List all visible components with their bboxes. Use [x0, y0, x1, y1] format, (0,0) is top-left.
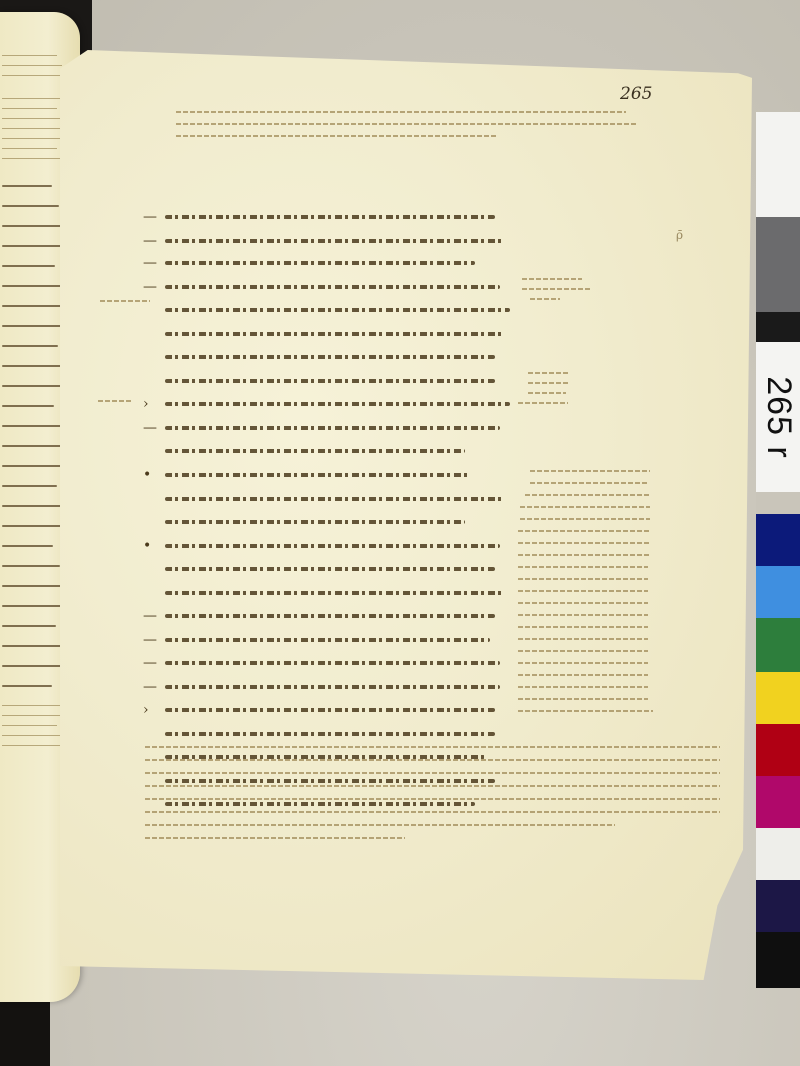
scholia-line-margin-notes — [518, 402, 568, 404]
facing-page-note-line — [2, 745, 67, 746]
color-swatch-gap — [756, 492, 800, 514]
ink-stroke — [165, 332, 505, 336]
facing-page-text-line — [2, 485, 57, 487]
facing-page-note-line — [2, 158, 62, 159]
line-marker: • — [143, 539, 151, 553]
ink-stroke — [165, 614, 495, 618]
scholia-line-right-column — [518, 602, 648, 604]
facing-page-text-line — [2, 665, 70, 667]
manuscript-text-line — [165, 468, 470, 486]
facing-page-note-line — [2, 118, 62, 119]
folio-label-card: 265 r — [756, 342, 800, 492]
scholia-line-margin-notes — [528, 382, 568, 384]
scholia-line-margin-notes — [522, 278, 582, 280]
manuscript-text-line — [165, 539, 500, 557]
scholia-line-bottom — [145, 837, 405, 839]
color-checker-strip: 265 r — [756, 112, 800, 992]
color-swatch-white-2 — [756, 828, 800, 880]
scholia-line-right-column — [520, 506, 650, 508]
scholia-line-margin-notes — [522, 288, 590, 290]
manuscript-text-line — [165, 492, 505, 510]
facing-page-text-line — [2, 305, 69, 307]
scholia-line-right-column — [525, 494, 650, 496]
facing-page-text-line — [2, 505, 64, 507]
color-swatch-blue — [756, 514, 800, 566]
line-marker: — — [143, 656, 157, 670]
line-marker: — — [143, 680, 157, 694]
color-swatch-navy — [756, 880, 800, 932]
ink-stroke — [165, 473, 470, 477]
color-swatch-yellow — [756, 672, 800, 724]
scholia-line-right-column — [518, 674, 648, 676]
facing-page-text-line — [2, 545, 53, 547]
ink-stroke — [165, 261, 475, 265]
facing-page-note-line — [2, 65, 62, 66]
color-swatch-red — [756, 724, 800, 776]
facing-page-text-line — [2, 445, 68, 447]
facing-page-note-line — [2, 55, 57, 56]
ink-stroke — [165, 355, 495, 359]
manuscript-text-line — [165, 515, 465, 533]
facing-page-text-line — [2, 185, 52, 187]
manuscript-text-line — [165, 727, 495, 745]
ink-stroke — [165, 239, 505, 243]
line-marker: › — [143, 397, 149, 411]
facing-page-text-line — [2, 205, 59, 207]
line-marker: — — [143, 256, 157, 270]
ink-stroke — [165, 449, 465, 453]
manuscript-text-line — [165, 680, 500, 698]
scholia-line-right-column — [520, 518, 650, 520]
manuscript-text-line — [165, 444, 465, 462]
manuscript-text-line — [165, 327, 505, 345]
facing-page-note-line — [2, 725, 57, 726]
manuscript-text-line — [165, 234, 505, 252]
scholia-line-top — [176, 111, 626, 113]
ink-stroke — [165, 215, 495, 219]
scholia-line-bottom — [145, 772, 720, 774]
manuscript-text-line — [165, 633, 490, 651]
manuscript-text-line — [165, 303, 510, 321]
line-marker: — — [143, 633, 157, 647]
facing-page-text-line — [2, 565, 60, 567]
manuscript-text-line — [165, 562, 495, 580]
scholia-line-right-column — [518, 590, 648, 592]
manuscript-text-line — [165, 703, 495, 721]
manuscript-text-line — [165, 586, 505, 604]
scholia-line-margin-notes — [98, 400, 133, 402]
ink-stroke — [165, 379, 495, 383]
facing-page-note-line — [2, 705, 67, 706]
manuscript-text-line — [165, 774, 495, 792]
color-swatch-cyan — [756, 566, 800, 618]
line-marker: — — [143, 421, 157, 435]
manuscript-text-line — [165, 280, 500, 298]
scholia-line-right-column — [518, 554, 650, 556]
ink-stroke — [165, 567, 495, 571]
facing-page-text-line — [2, 345, 58, 347]
facing-page-note-line — [2, 108, 57, 109]
facing-page-text-line — [2, 285, 62, 287]
scholia-line-bottom — [145, 824, 615, 826]
scholia-line-right-column — [518, 638, 648, 640]
scholia-line-bottom — [145, 798, 720, 800]
manuscript-text-line — [165, 350, 495, 368]
color-swatch-magenta — [756, 776, 800, 828]
facing-page-text-line — [2, 585, 67, 587]
scholia-line-top — [176, 123, 636, 125]
facing-page-text-line — [2, 365, 65, 367]
ink-stroke — [165, 685, 500, 689]
facing-page-text-line — [2, 225, 66, 227]
facing-page-text-line — [2, 265, 55, 267]
manuscript-text-line — [165, 609, 495, 627]
scholia-line-right-column — [530, 482, 648, 484]
ink-stroke — [165, 708, 495, 712]
scholia-line-right-column — [518, 566, 648, 568]
ink-stroke — [165, 426, 500, 430]
scholia-line-bottom — [145, 811, 720, 813]
facing-page-text-line — [2, 405, 54, 407]
scholia-line-margin-notes — [530, 298, 560, 300]
manuscript-text-line — [165, 656, 500, 674]
line-marker: — — [143, 210, 157, 224]
line-marker: › — [143, 703, 149, 717]
scholia-line-right-column — [518, 626, 648, 628]
scholia-line-right-column — [518, 578, 648, 580]
ink-stroke — [165, 732, 495, 736]
facing-page-text-line — [2, 685, 52, 687]
manuscript-text-line — [165, 397, 510, 415]
scholia-line-right-column — [518, 530, 650, 532]
color-swatch-white — [756, 112, 800, 217]
scholia-line-right-column — [518, 686, 648, 688]
facing-page-text-line — [2, 645, 63, 647]
scholia-line-right-column — [518, 662, 648, 664]
folio-label: 265 r — [759, 376, 798, 459]
ink-stroke — [165, 285, 500, 289]
line-marker: — — [143, 280, 157, 294]
scholia-line-right-column — [518, 698, 648, 700]
folio-number: 265 — [620, 84, 652, 104]
scholia-line-bottom — [145, 759, 720, 761]
ink-stroke — [165, 779, 495, 783]
manuscript-text-line — [165, 256, 475, 274]
scholia-line-bottom — [145, 746, 720, 748]
scholia-line-margin-notes — [528, 372, 568, 374]
color-swatch-black — [756, 312, 800, 342]
facing-page-text-line — [2, 425, 61, 427]
ink-stroke — [165, 661, 500, 665]
color-swatch-green — [756, 618, 800, 672]
rubric-mark: ρ̄ — [676, 228, 683, 242]
scholia-line-right-column — [530, 470, 650, 472]
scholia-line-right-column — [518, 542, 650, 544]
ink-stroke — [165, 544, 500, 548]
facing-page-note-line — [2, 128, 67, 129]
line-marker: • — [143, 468, 151, 482]
ink-stroke — [165, 308, 510, 312]
ink-stroke — [165, 402, 510, 406]
ink-stroke — [165, 638, 490, 642]
scholia-line-bottom — [145, 785, 720, 787]
manuscript-text-line — [165, 421, 500, 439]
ink-stroke — [165, 591, 505, 595]
facing-page-note-line — [2, 148, 57, 149]
scholia-line-margin-notes — [528, 392, 566, 394]
facing-page-note-line — [2, 75, 67, 76]
color-swatch-black-2 — [756, 932, 800, 988]
ink-stroke — [165, 497, 505, 501]
ink-stroke — [165, 802, 475, 806]
ink-stroke — [165, 520, 465, 524]
line-marker: — — [143, 234, 157, 248]
facing-page-text-line — [2, 625, 56, 627]
line-marker: — — [143, 609, 157, 623]
manuscript-text-line — [165, 374, 495, 392]
scholia-line-top — [176, 135, 496, 137]
scholia-line-right-column — [518, 710, 653, 712]
color-swatch-gray — [756, 217, 800, 312]
scholia-line-right-column — [518, 614, 648, 616]
scholia-line-margin-notes — [100, 300, 150, 302]
scholia-line-right-column — [518, 650, 648, 652]
manuscript-text-line — [165, 210, 495, 228]
facing-page-note-line — [2, 735, 62, 736]
